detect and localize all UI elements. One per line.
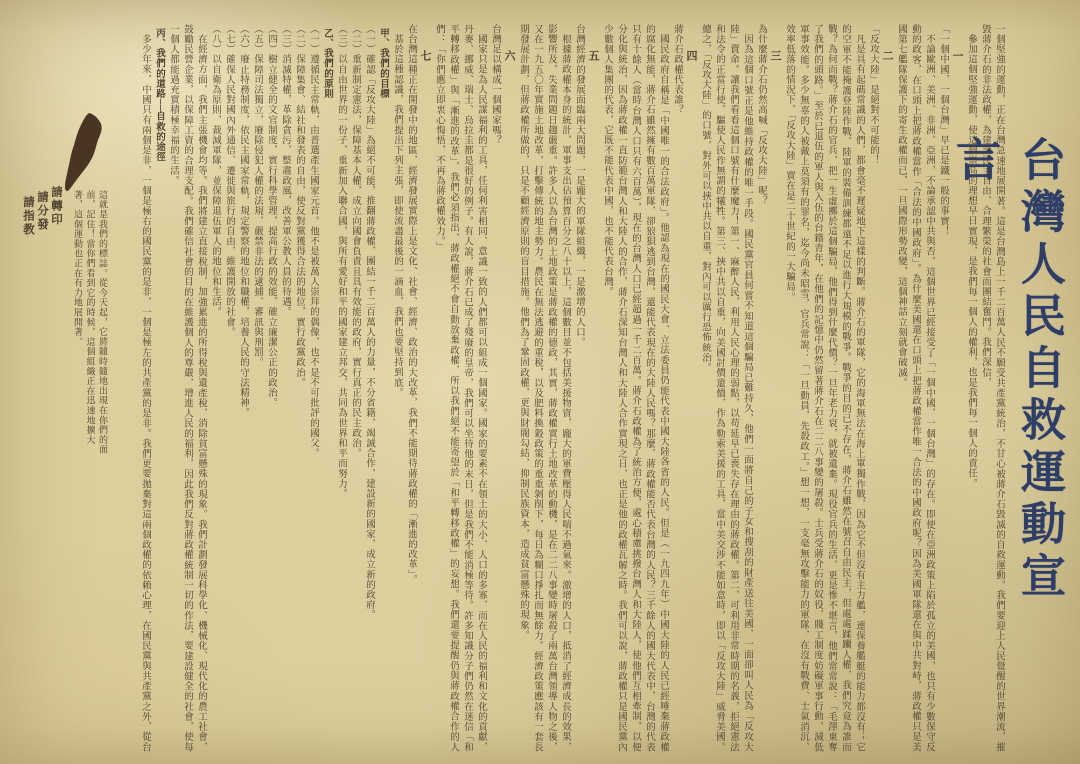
note-distribute: 請分發 xyxy=(36,186,50,256)
preamble-paragraph-1: 一個堅強的運動，正在台灣急速地展開著。這是台灣島上一千二百萬人民不願受共產黨統治… xyxy=(978,24,1006,752)
section-2-number: 二 xyxy=(880,24,894,752)
principle-item-4: （四）樹立健全的文官制度，實行科學管理，提高行政的效能，確立廉潔公正的政治。 xyxy=(264,24,278,752)
section-2-body: 凡是具有起碼常識的人們，都會毫不遲疑地下這樣的判斷。蔣介石的軍隊，它的海軍無法在… xyxy=(782,24,866,752)
section-7-body: 基於這種認識，我們提出下列主張，即使流盡最後的一滴血，我們也要堅持到底。 xyxy=(390,24,404,752)
section-3-heading: 為什麼蔣介石仍然高喊「反攻大陸」呢？ xyxy=(754,24,768,752)
section-5-body: 根據蔣政權本身的統計，軍事支出佔預算百分之八十以上，這個數目並不包括美援物資，龐… xyxy=(516,24,572,752)
principle-item-8: （八）以自衛為原則，裁減軍隊，並保障退伍軍人的地位和生活。 xyxy=(208,24,222,752)
goal-item-1: （一）確認「反攻大陸」為絕不可能，推翻蔣政權，團結一千二百萬人的力量，不分省籍，… xyxy=(362,24,376,752)
goal-item-2: （二）重新制定憲法，保障基本人權，成立向國會負責且具有效能的政府，實行真正的民主… xyxy=(348,24,362,752)
taiwan-island-emblem xyxy=(58,112,108,194)
goal-item-3: （三）以自由世界的一份子，重新加入聯合國，與所有愛好和平的國家建立邦交，共同為世… xyxy=(334,24,348,752)
principles-heading: 乙、我們的原則 xyxy=(320,24,334,752)
section-5-number: 五 xyxy=(586,24,600,752)
section-4-body: 國民政府自稱是「中國唯一的合法政府」。他認為現在的國民大會、立法委員仍能代表中國… xyxy=(600,24,670,752)
section-6-body: 國家只是為人民謀福利的工具，任何利害相同、意識一致的人們都可以組成一個國家。國家… xyxy=(432,24,488,752)
economy-paragraph: 在經濟方面，我們主張機會均等。我們將建立直接稅制，加強累進的所得稅與遺產稅，消除… xyxy=(166,24,208,752)
section-4-number: 四 xyxy=(684,24,698,752)
principle-item-2: （二）保障集會、結社和發表的自由，使反對黨獲得合法的地位，實行政黨政治。 xyxy=(292,24,306,752)
road-body: 多少年來，中國只有兩個是非，一個是極右的國民黨的是非，一個是極左的共產黨的是非。… xyxy=(138,24,152,752)
section-3-body: 因為這個口號正是他維持政權的唯一手段。國民黨官員何嘗不知道這個騙局已難持久，他們… xyxy=(698,24,754,752)
section-7-number: 七 xyxy=(418,24,432,752)
principle-item-6: （六）廢止特務制度，依民主國家常軌，規定警察的地位和職權，培養人民的守法精神。 xyxy=(236,24,250,752)
note-advise: 請指教 xyxy=(22,186,36,256)
section-1-number: 一 xyxy=(950,24,964,752)
section-7-heading: 在台灣這種正在開發中的地區，經濟發展實際上是文化、社會、經濟、政治的大改革，我們… xyxy=(404,24,418,752)
declaration-body: 一個堅強的運動，正在台灣急速地展開著。這是台灣島上一千二百萬人民不願受共產黨統治… xyxy=(138,12,1006,752)
preamble-paragraph-2: 參加這個堅強運動，使這個崇高的理想早日實現，是我們每一個人的權利，也是我們每一個… xyxy=(964,24,978,752)
declaration-page: 台灣人民自救運動宣言 一個堅強的運動，正在台灣急速地展開著。這是台灣島上一千二百… xyxy=(0,0,1080,764)
section-6-heading: 台灣足以構成一個國家嗎？ xyxy=(488,24,502,752)
section-5-heading: 台灣經濟的發展面臨兩大問題，一是龐大的軍隊組織，一是激增的人口。 xyxy=(572,24,586,752)
principle-item-5: （五）保障司法獨立，廢除侵犯人權的法規，嚴禁非法的逮捕、審訊與刑罰。 xyxy=(250,24,264,752)
section-1-body: 不論歐洲、美洲、非洲、亞洲，不論承認中共與否，這個世界已經接受了「一個中國，一個… xyxy=(894,24,936,752)
goals-heading: 甲、我們的目標 xyxy=(376,24,390,752)
section-1-heading: 「一個中國，一個台灣」早已是鐵一般的事實！ xyxy=(936,24,950,752)
road-heading: 丙、我們的道路──自救的途徑 xyxy=(152,24,166,752)
emblem-caption: 這就是我們的標誌。從今天起，它將隨時隨地出現在你們的面前，記住！當你們看到它的時… xyxy=(66,190,108,460)
principle-item-1: （一）遵循民主常軌，由普選產生國家元首。他不是被萬人崇拜的偶像，也不是不可批評的… xyxy=(306,24,320,752)
section-6-number: 六 xyxy=(502,24,516,752)
section-2-heading: 「反攻大陸」是絕對不可能的！ xyxy=(866,24,880,752)
principle-item-7: （七）確保人民對國內外通信、遷徙與旅行的自由，維護開放的社會。 xyxy=(222,24,236,752)
section-4-heading: 蔣介石政權代表誰？ xyxy=(670,24,684,752)
section-3-number: 三 xyxy=(768,24,782,752)
principle-item-3: （三）消滅特權，革除貪污，整肅政風，改善軍公教人員的待遇。 xyxy=(278,24,292,752)
distribution-notes: 請轉印 請分發 請指教 xyxy=(20,186,64,256)
note-reprint: 請轉印 xyxy=(50,186,64,256)
